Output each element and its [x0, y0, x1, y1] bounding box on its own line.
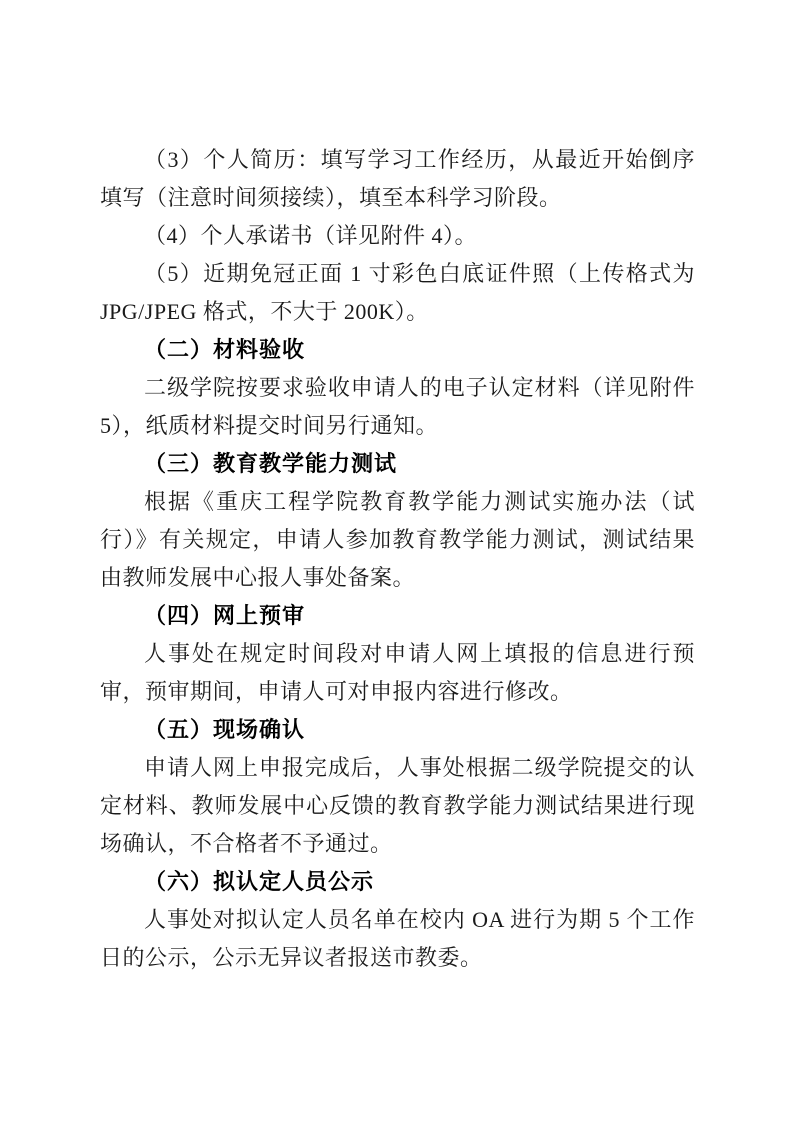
paragraph-item-3: （3）个人简历：填写学习工作经历，从最近开始倒序填写（注意时间须接续），填至本科… — [100, 141, 695, 217]
paragraph-item-4: （4）个人承诺书（详见附件 4）。 — [100, 217, 695, 255]
section-heading-6: （六）拟认定人员公示 — [100, 863, 695, 901]
paragraph-public-notice: 人事处对拟认定人员名单在校内 OA 进行为期 5 个工作日的公示，公示无异议者报… — [100, 901, 695, 977]
paragraph-material-check: 二级学院按要求验收申请人的电子认定材料（详见附件 5），纸质材料提交时间另行通知… — [100, 369, 695, 445]
section-heading-5: （五）现场确认 — [100, 711, 695, 749]
document-body: （3）个人简历：填写学习工作经历，从最近开始倒序填写（注意时间须接续），填至本科… — [100, 141, 695, 977]
paragraph-online-review: 人事处在规定时间段对申请人网上填报的信息进行预审，预审期间，申请人可对申报内容进… — [100, 635, 695, 711]
section-heading-2: （二）材料验收 — [100, 331, 695, 369]
section-heading-4: （四）网上预审 — [100, 597, 695, 635]
paragraph-onsite-confirm: 申请人网上申报完成后，人事处根据二级学院提交的认定材料、教师发展中心反馈的教育教… — [100, 749, 695, 863]
paragraph-item-5: （5）近期免冠正面 1 寸彩色白底证件照（上传格式为 JPG/JPEG 格式，不… — [100, 255, 695, 331]
section-heading-3: （三）教育教学能力测试 — [100, 445, 695, 483]
paragraph-teaching-test: 根据《重庆工程学院教育教学能力测试实施办法（试行）》有关规定，申请人参加教育教学… — [100, 483, 695, 597]
document-page: （3）个人简历：填写学习工作经历，从最近开始倒序填写（注意时间须接续），填至本科… — [0, 0, 793, 1122]
